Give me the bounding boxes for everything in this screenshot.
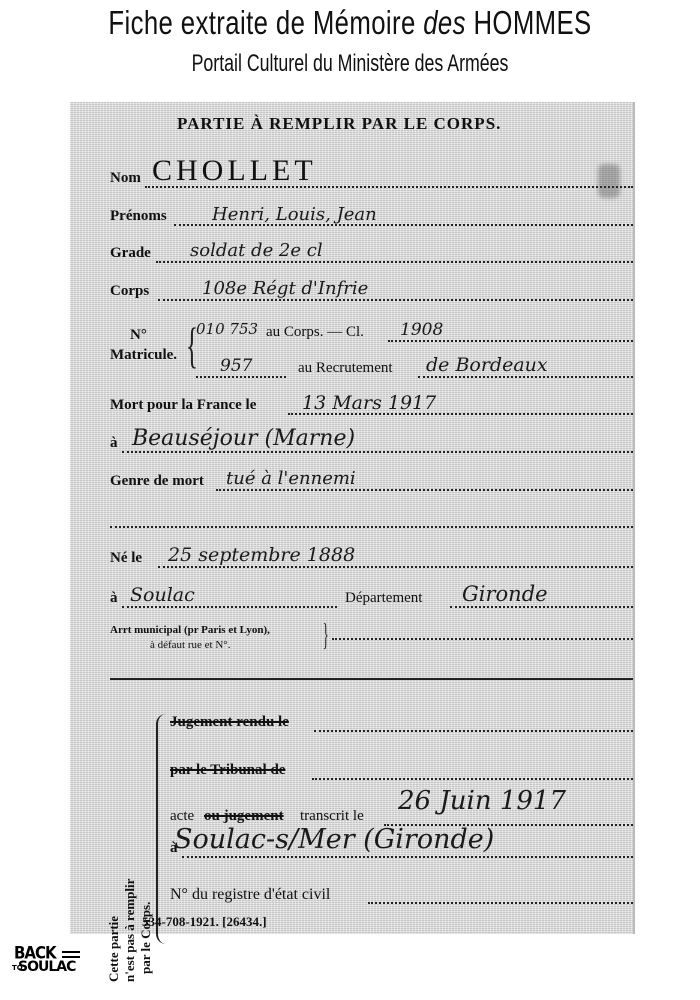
transcription-label-struck: ou jugement [204, 808, 284, 825]
lieu-naissance-label: à [110, 590, 118, 607]
departement-label: Département [345, 590, 422, 607]
recrutement-lieu-line [418, 376, 633, 378]
ne-le-value: 25 septembre 1888 [168, 544, 355, 566]
nom-value: CHOLLET [152, 154, 317, 188]
grade-label: Grade [110, 245, 151, 262]
ne-le-label: Né le [110, 550, 142, 567]
au-corps-label: au Corps. — Cl. [266, 324, 364, 341]
blank-line [110, 526, 633, 528]
lieu-mort-label: à [110, 435, 118, 452]
logo-streak-icon [62, 951, 80, 958]
side-note-line3: par le Corps. [138, 902, 154, 974]
genre-mort-label: Genre de mort [110, 473, 204, 490]
nom-label: Nom [110, 170, 141, 187]
au-recrutement-label: au Recrutement [298, 360, 393, 377]
back-to-soulac-logo: BACK TO SOULAC [12, 944, 82, 978]
matricule-label: Matricule. [110, 347, 177, 364]
ne-le-line [158, 566, 633, 568]
jugement-label: Jugement rendu le [170, 714, 289, 731]
side-note-line1: Cette partie [106, 916, 122, 982]
genre-mort-value: tué à l'ennemi [226, 468, 356, 489]
matricule-no-label: N° [130, 327, 147, 344]
tribunal-line [312, 778, 633, 780]
arrondissement-label-2: à défaut rue et N°. [150, 639, 230, 651]
grade-line [156, 261, 633, 263]
transcription-lieu-value: Soulac-s/Mer (Gironde) [174, 824, 494, 855]
classe-line [388, 340, 633, 342]
departement-line [450, 606, 633, 608]
genre-mort-line [216, 489, 633, 491]
departement-value: Gironde [462, 582, 548, 606]
corps-line [158, 299, 633, 301]
recrutement-lieu: de Bordeaux [426, 354, 548, 376]
side-note-line2: n'est pas à remplir [122, 879, 138, 982]
side-note: Cette partie n'est pas à remplir par le … [88, 832, 158, 982]
classe-value: 1908 [400, 320, 443, 340]
mort-value: 13 Mars 1917 [302, 392, 436, 414]
lieu-naissance-value: Soulac [130, 584, 195, 606]
transcription-value: 26 Juin 1917 [398, 786, 566, 816]
logo-line2: SOULAC [18, 959, 75, 975]
matricule-corps-number: 010 753 [196, 320, 258, 338]
arrondissement-brace: } [323, 618, 329, 650]
tribunal-label: par le Tribunal de [170, 762, 285, 779]
ink-stamp [598, 164, 620, 198]
prenoms-label: Prénoms [110, 208, 167, 225]
corps-value: 108e Régt d'Infrie [202, 278, 368, 299]
recrutement-number: 957 [220, 356, 252, 376]
recrutement-number-line [196, 376, 286, 378]
fiche-scan: PARTIE À REMPLIR PAR LE CORPS. Nom CHOLL… [70, 102, 635, 934]
registre-label: N° du registre d'état civil [170, 886, 330, 904]
mort-label: Mort pour la France le [110, 397, 256, 414]
lieu-naissance-line [122, 606, 337, 608]
prenoms-value: Henri, Louis, Jean [212, 204, 377, 225]
lieu-mort-line [122, 451, 633, 453]
registre-line [368, 902, 633, 904]
grade-value: soldat de 2e cl [190, 240, 323, 261]
form-heading: PARTIE À REMPLIR PAR LE CORPS. [177, 114, 501, 134]
arrondissement-label-1: Arrt municipal (pr Paris et Lyon), [110, 624, 270, 636]
jugement-line [314, 730, 633, 732]
lieu-mort-value: Beauséjour (Marne) [132, 426, 355, 451]
arrondissement-line [332, 638, 633, 640]
page-subtitle: Portail Culturel du Ministère des Armées [91, 50, 609, 78]
section-divider [110, 678, 633, 680]
side-brace [156, 714, 168, 944]
transcription-lieu-line [182, 856, 633, 858]
footer-reference: 534-708-1921. [26434.] [142, 914, 267, 930]
transcription-label-rest: transcrit le [300, 808, 364, 825]
page-title: Fiche extraite de Mémoire des HOMMES [77, 4, 623, 42]
corps-label: Corps [110, 283, 149, 300]
transcription-label-acte: acte [170, 808, 194, 825]
